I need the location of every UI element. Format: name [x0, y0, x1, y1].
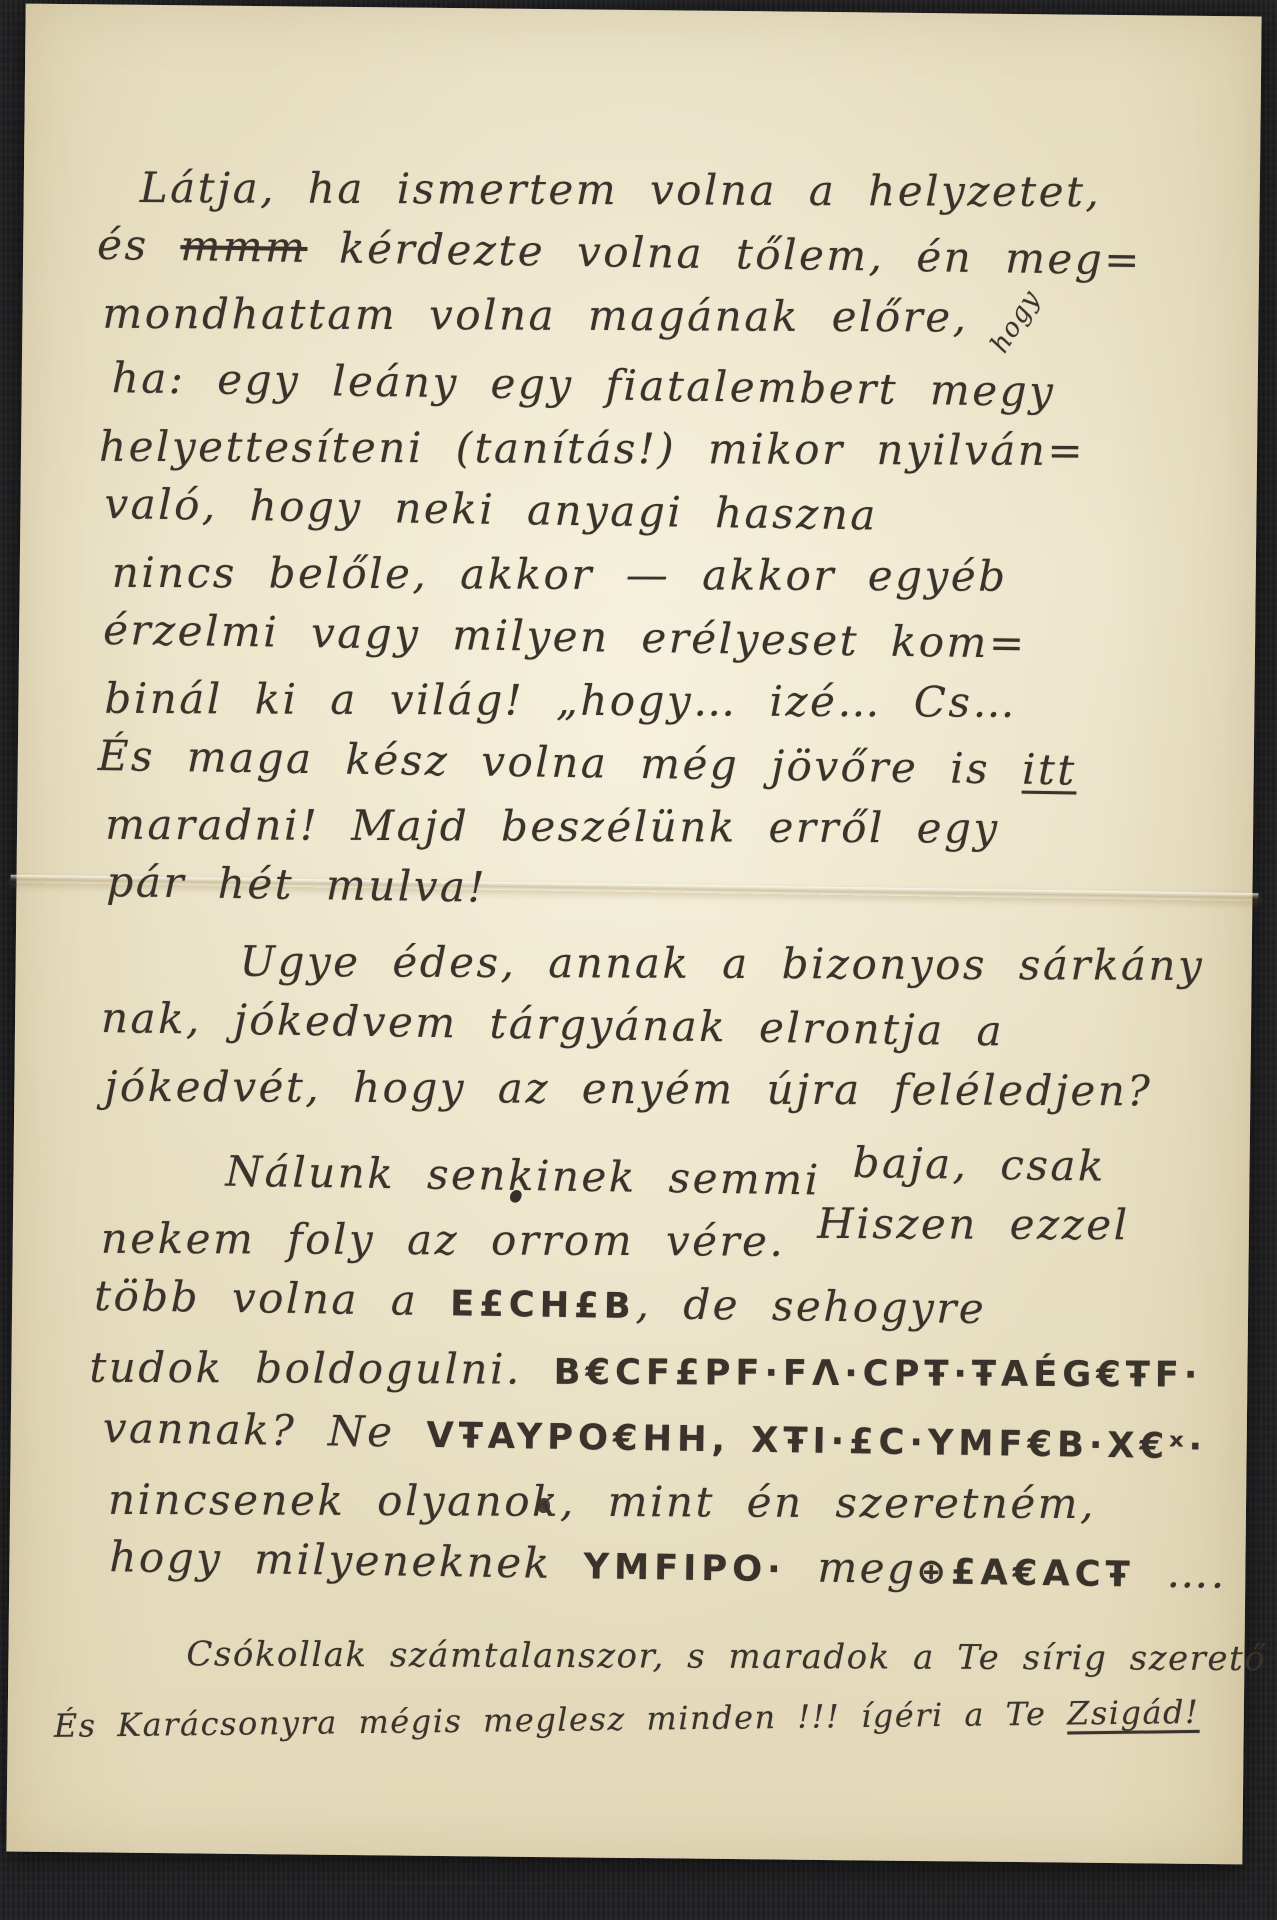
- handwritten-text: Hiszen ezzel: [817, 1199, 1130, 1249]
- letter-line: És Karácsonyra mégis meglesz minden !!! …: [53, 1681, 1192, 1758]
- handwritten-text: , de sehogyre: [635, 1279, 986, 1333]
- letter-line: nincsenek olyanok, mint én szeretném,: [108, 1468, 1194, 1536]
- letter-line: hogy milyeneknek YMFIPO· meg⊕£A€ACŦ ….: [109, 1525, 1194, 1607]
- letter-line: mondhattam volna magának előre,hogy: [102, 282, 1206, 357]
- handwritten-text: pár hét mulva!: [106, 857, 487, 912]
- letter-line: Csókollak számtalanszor, s maradok a Te …: [186, 1623, 1192, 1690]
- letter-line: helyettesíteni (tanítás!) mikor nyilván=: [99, 415, 1205, 483]
- handwritten-text: nak, jókedvem tárgyának elrontja a: [101, 993, 1005, 1055]
- handwritten-text: nincsenek olyanok, mint én szeretném,: [108, 1475, 1096, 1528]
- handwritten-text: mmm: [180, 221, 308, 272]
- letter-body: Látja, ha ismertem volna a helyzetet,és …: [81, 152, 1209, 1844]
- handwritten-text: hogy: [971, 276, 1060, 367]
- handwritten-text: helyettesíteni (tanítás!) mikor nyilván=: [99, 422, 1085, 475]
- handwritten-text: binál ki a világ! „hogy… izé… Cs…: [104, 674, 1017, 727]
- handwritten-text: Csókollak számtalanszor, s maradok a Te …: [186, 1634, 1266, 1679]
- letter-paper: Látja, ha ismertem volna a helyzetet,és …: [6, 4, 1261, 1865]
- letter-line: nincs belőle, akkor — akkor egyéb: [112, 541, 1204, 609]
- handwritten-text: Ugye édes, annak a bizonyos sárkány: [240, 937, 1205, 990]
- letter-line: Ugye édes, annak a bizonyos sárkány: [240, 930, 1200, 997]
- letter-line: való, hogy neki anyagi haszna: [104, 472, 1205, 551]
- handwritten-text: itt: [1022, 745, 1077, 795]
- handwritten-text: hogy milyeneknek: [109, 1532, 584, 1588]
- letter-line: És maga kész volna még jövőre is itt: [97, 724, 1202, 803]
- handwritten-text: És Karácsonyra mégis meglesz minden !!! …: [54, 1694, 1068, 1744]
- handwritten-text: És maga kész volna még jövőre is: [97, 731, 1022, 794]
- cipher-text: YMFIPO·: [583, 1546, 786, 1590]
- handwritten-text: meg: [785, 1542, 917, 1593]
- letter-line: binál ki a világ! „hogy… izé… Cs…: [104, 667, 1202, 735]
- handwritten-text: ….: [1134, 1547, 1227, 1597]
- letter-line: nak, jókedvem tárgyának elrontja a: [101, 986, 1200, 1065]
- handwritten-text: baja, csak: [852, 1138, 1106, 1191]
- cipher-text: E£CH£B: [450, 1283, 636, 1327]
- letter-line: vannak? Ne VŦAYPO€HH, XŦI·£C·YMF€B·X€ˣ·: [102, 1396, 1195, 1478]
- letter-line: és mmm kérdezte volna tőlem, én meg=: [97, 213, 1208, 292]
- handwritten-text: érzelmi vagy milyen erélyeset kom=: [103, 605, 1027, 668]
- handwritten-text: Látja, ha ismertem volna a helyzetet,: [140, 163, 1102, 216]
- handwritten-text: vannak? Ne: [102, 1403, 426, 1457]
- handwritten-text: maradni! Majd beszélünk erről egy: [105, 800, 1000, 853]
- letter-line: ha: egy leány egy fiatalembert megy: [111, 346, 1206, 425]
- handwritten-text: Nálunk senkinek semmi: [225, 1147, 853, 1205]
- handwritten-text: való, hogy neki anyagi haszna: [104, 479, 878, 539]
- cipher-text: B€CF£PF·FΛ·CPŦ·ŦAÉG€ŦF·: [554, 1352, 1203, 1396]
- handwritten-text: Zsigád!: [1067, 1693, 1200, 1733]
- letter-line: érzelmi vagy milyen erélyeset kom=: [103, 598, 1204, 677]
- handwritten-text: nekem foly az orrom vére.: [101, 1214, 818, 1266]
- handwritten-text: és: [97, 220, 181, 270]
- letter-line: nekem foly az orrom vére. Hiszen ezzel: [101, 1207, 1197, 1275]
- handwritten-text: nincs belőle, akkor — akkor egyéb: [112, 548, 1008, 601]
- letter-line: Látja, ha ismertem volna a helyzetet,: [140, 156, 1208, 224]
- letter-line: maradni! Majd beszélünk erről egy: [105, 793, 1201, 861]
- cipher-text: VŦAYPO€HH, XŦI·£C·YMF€B·X€ˣ·: [426, 1415, 1207, 1468]
- handwritten-text: jókedvét, hogy az enyém újra feléledjen?: [104, 1062, 1152, 1116]
- handwritten-text: több volna a: [94, 1271, 451, 1325]
- handwritten-text: tudok boldogulni.: [89, 1343, 553, 1394]
- letter-line: több volna a E£CH£B, de sehogyre: [94, 1264, 1197, 1346]
- cipher-text: ⊕£A€ACŦ: [916, 1551, 1135, 1595]
- letter-line: pár hét mulva!: [106, 850, 1201, 929]
- letter-line: tudok boldogulni. B€CF£PF·FΛ·CPŦ·ŦAÉG€ŦF…: [89, 1336, 1195, 1407]
- letter-line: jókedvét, hogy az enyém újra feléledjen?: [104, 1055, 1198, 1123]
- handwritten-text: ha: egy leány egy fiatalembert megy: [111, 353, 1055, 416]
- handwritten-text: mondhattam volna magának előre,: [102, 289, 968, 342]
- handwritten-text: kérdezte volna tőlem, én meg=: [307, 223, 1142, 284]
